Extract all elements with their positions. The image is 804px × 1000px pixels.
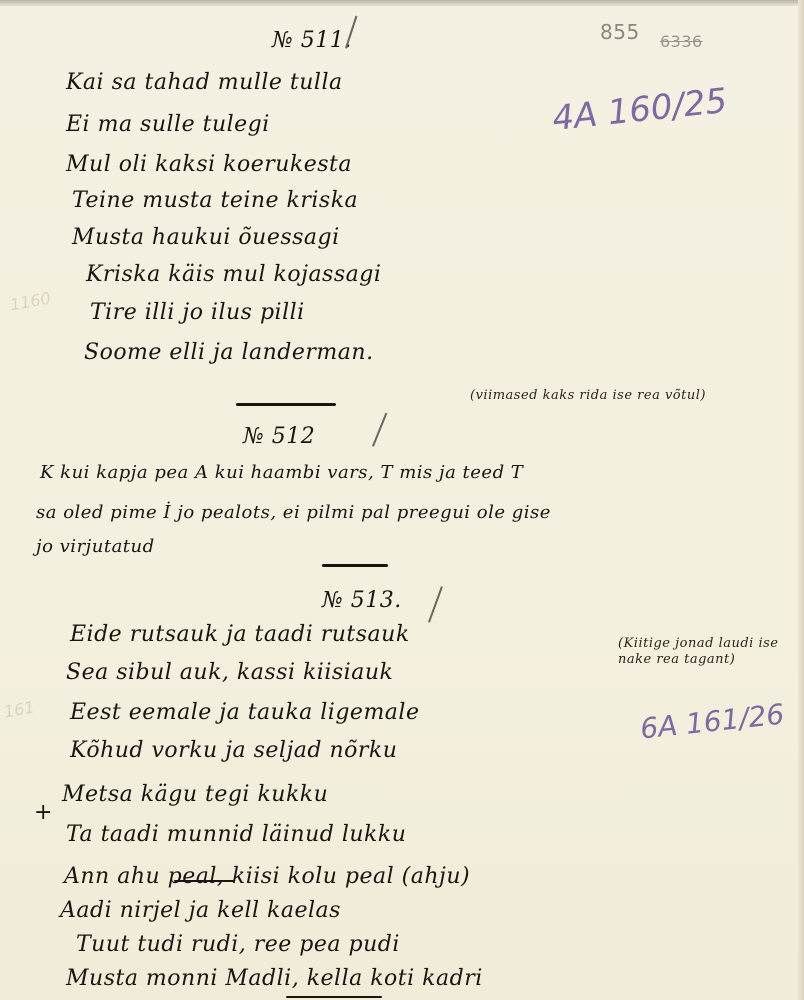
song-511-line-1: Kai sa tahad mulle tulla [66,70,343,95]
checkmark-icon [428,586,443,622]
faint-margin-number-1: 1160 [9,289,52,315]
song-511-note: (viimased kaks rida ise rea võtul) [470,388,706,403]
song-513-line-1: Eide rutsauk ja taadi rutsauk [70,622,410,647]
page-top-edge [0,0,804,6]
underline-ahu [174,880,234,882]
song-511-line-5: Musta haukui õuessagi [72,225,340,250]
song-511-line-4: Teine musta teine kriska [72,188,358,213]
song-511-line-6: Kriska käis mul kojassagi [86,262,381,287]
underline-madli [286,996,382,998]
song-511-line-3: Mul oli kaksi koerukesta [66,152,352,177]
checkmark-icon [372,413,387,447]
archive-pencil-number: 855 [600,20,640,44]
song-513-line-9: Tuut tudi rudi, ree pea pudi [76,932,400,957]
song-512-number: № 512 [243,424,315,449]
song-513-note: (Kiitige jonad laudi ise nake rea tagant… [618,636,798,668]
song-511-number: № 511. [272,28,352,53]
archive-stamp-1: 4A 160/25 [550,81,729,139]
page-right-edge [798,0,804,1000]
song-512-line-1: K kui kapja pea A kui haambi vars, T mis… [40,462,523,483]
song-512-line-2: sa oled pime İ jo pealots, ei pilmi pal … [36,502,551,523]
song-513-number: № 513. [322,588,402,613]
song-513-line-6: Ta taadi munnid läinud lukku [66,822,406,847]
song-513-line-10: Musta monni Madli, kella koti kadri [66,966,483,991]
margin-plus-mark: + [34,800,52,825]
manuscript-page: 855 6336 1160 161 4A 160/25 6A 161/26 № … [0,0,804,1000]
faint-margin-number-2: 161 [3,697,36,721]
song-513-line-2: Sea sibul auk, kassi kiisiauk [66,660,393,685]
archive-struck-number: 6336 [660,32,703,51]
song-512-line-3: jo virjutatud [36,536,155,557]
song-513-line-4: Kõhud vorku ja seljad nõrku [70,738,397,763]
section-divider [322,564,388,567]
archive-stamp-2: 6A 161/26 [639,698,786,746]
song-511-line-2: Ei ma sulle tulegi [66,112,270,137]
section-divider [236,403,336,406]
song-513-line-7: Ann ahu peal, kiisi kolu peal (ahju) [64,864,470,889]
song-513-line-3: Eest eemale ja tauka ligemale [70,700,419,725]
song-513-line-8: Aadi nirjel ja kell kaelas [60,898,341,923]
song-513-line-5: Metsa kägu tegi kukku [62,782,328,807]
song-511-line-8: Soome elli ja landerman. [84,340,374,365]
song-511-line-7: Tire illi jo ilus pilli [90,300,305,325]
